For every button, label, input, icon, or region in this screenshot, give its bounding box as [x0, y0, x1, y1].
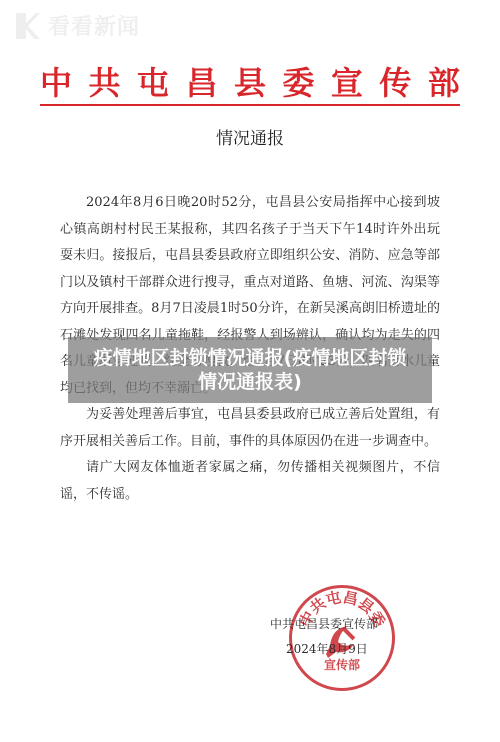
header-char: 中	[40, 58, 72, 104]
header-char: 传	[379, 58, 411, 104]
issuer-header: 中 共 屯 昌 县 委 宣 传 部	[40, 58, 460, 104]
header-char: 昌	[185, 58, 217, 104]
paragraph: 请广大网友体恤逝者家属之痛，勿传播相关视频图片，不信谣，不传谣。	[60, 455, 440, 508]
signature-date: 2024年8月9日	[270, 637, 420, 662]
header-char: 部	[428, 58, 460, 104]
header-char: 县	[234, 58, 266, 104]
document-title: 情况通报	[0, 124, 500, 149]
header-char: 共	[88, 58, 120, 104]
caption-text: 疫情地区封锁情况通报(疫情地区封锁情况通报表)	[85, 346, 415, 394]
paragraph: 为妥善处理善后事宜，屯昌县委县政府已成立善后处置组，有序开展相关善后工作。目前，…	[60, 402, 440, 455]
watermark: 看看新闻	[14, 10, 140, 41]
signature-block: 中共屯昌县委宣传部 2024年8月9日	[270, 612, 420, 662]
header-char: 屯	[137, 58, 169, 104]
caption-overlay: 疫情地区封锁情况通报(疫情地区封锁情况通报表)	[68, 337, 432, 403]
watermark-text: 看看新闻	[48, 10, 140, 41]
header-char: 委	[282, 58, 314, 104]
header-char: 宣	[331, 58, 363, 104]
header-divider	[40, 104, 460, 106]
kankan-logo-icon	[14, 11, 42, 41]
signature-org: 中共屯昌县委宣传部	[270, 612, 420, 637]
